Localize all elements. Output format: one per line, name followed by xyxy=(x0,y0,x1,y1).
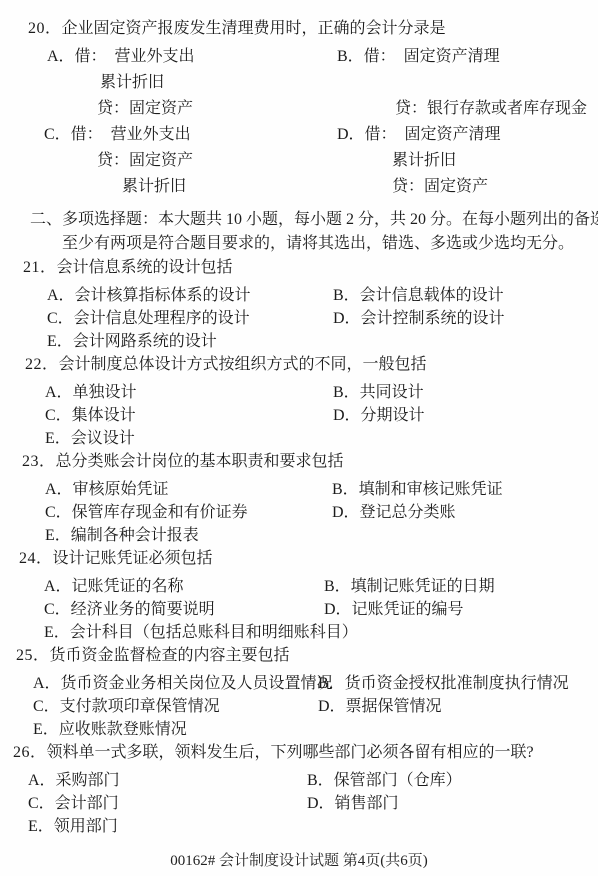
option-e: E．应收账款登账情况 xyxy=(33,718,318,741)
option-row: E．会计科目（包括总账科目和明细账科目） xyxy=(0,621,598,644)
question-number: 26． xyxy=(13,744,47,761)
question-21: 21．会计信息系统的设计包括 A．会计核算指标体系的设计B．会计信息载体的设计 … xyxy=(0,256,598,353)
option-a: A．货币资金业务相关岗位及人员设置情况 xyxy=(33,672,318,695)
question-text: 货币资金监督检查的内容主要包括 xyxy=(50,647,290,664)
option-row: E．会计网路系统的设计 xyxy=(0,330,598,353)
question-stem: 26．领料单一式多联，领料发生后，下列哪些部门必须各留有相应的一联? xyxy=(0,741,598,764)
journal-entry-line-b: B．借： 固定资产清理 xyxy=(337,44,500,70)
journal-entry-line-d: 贷：固定资产 xyxy=(392,174,488,200)
option-b: B．填制和审核记账凭证 xyxy=(332,478,503,501)
option-d: D．登记总分类账 xyxy=(332,501,456,524)
option-row: A．货币资金业务相关岗位及人员设置情况B．货币资金授权批准制度执行情况 xyxy=(0,672,598,695)
journal-row: A．借： 营业外支出 B．借： 固定资产清理 xyxy=(0,44,598,70)
option-row: C．集体设计D．分期设计 xyxy=(0,404,598,427)
journal-row: 贷：固定资产 贷：银行存款或者库存现金 xyxy=(0,96,598,122)
option-row: E．编制各种会计报表 xyxy=(0,524,598,547)
option-e: E．会计网路系统的设计 xyxy=(47,330,333,353)
question-22: 22．会计制度总体设计方式按组织方式的不同，一般包括 A．单独设计B．共同设计 … xyxy=(0,353,598,450)
question-text: 领料单一式多联，领料发生后，下列哪些部门必须各留有相应的一联? xyxy=(47,744,534,761)
option-d: D．记账凭证的编号 xyxy=(324,598,464,621)
journal-entry-line-b: 贷：银行存款或者库存现金 xyxy=(395,96,587,122)
option-c: C．经济业务的简要说明 xyxy=(44,598,324,621)
journal-entry-line-c: 贷：固定资产 xyxy=(97,148,193,174)
option-e: E．会计科目（包括总账科目和明细账科目） xyxy=(44,621,324,644)
question-text: 会计信息系统的设计包括 xyxy=(57,259,233,276)
option-row: E．会议设计 xyxy=(0,427,598,450)
question-number: 25． xyxy=(16,647,50,664)
option-c: C．支付款项印章保管情况 xyxy=(33,695,318,718)
question-25: 25．货币资金监督检查的内容主要包括 A．货币资金业务相关岗位及人员设置情况B．… xyxy=(0,644,598,741)
option-row: A．单独设计B．共同设计 xyxy=(0,381,598,404)
journal-entry-line-a: A．借： 营业外支出 xyxy=(47,44,195,70)
option-e: E．领用部门 xyxy=(28,815,307,838)
journal-row: C．借： 营业外支出 D．借： 固定资产清理 xyxy=(0,122,598,148)
question-number: 21． xyxy=(23,259,57,276)
journal-entry-line-d: 累计折旧 xyxy=(392,148,456,174)
option-row: A．会计核算指标体系的设计B．会计信息载体的设计 xyxy=(0,284,598,307)
question-number: 22． xyxy=(25,356,59,373)
question-stem: 23．总分类账会计岗位的基本职责和要求包括 xyxy=(0,450,598,473)
question-24: 24．设计记账凭证必须包括 A．记账凭证的名称B．填制记账凭证的日期 C．经济业… xyxy=(0,547,598,644)
section-header-line-2: 至少有两项是符合题目要求的，请将其选出，错选、多选或少选均无分。 xyxy=(0,232,598,256)
option-b: B．共同设计 xyxy=(333,381,424,404)
question-number: 24． xyxy=(19,550,53,567)
option-b: B．填制记账凭证的日期 xyxy=(324,575,495,598)
exam-page: 20．企业固定资产报废发生清理费用时，正确的会计分录是 A．借： 营业外支出 B… xyxy=(0,0,598,876)
option-e: E．会议设计 xyxy=(45,427,333,450)
option-a: A．会计核算指标体系的设计 xyxy=(47,284,333,307)
journal-entry-line-d: D．借： 固定资产清理 xyxy=(337,122,501,148)
question-number: 20． xyxy=(28,20,62,37)
journal-row: 贷：固定资产 累计折旧 xyxy=(0,148,598,174)
option-row: A．记账凭证的名称B．填制记账凭证的日期 xyxy=(0,575,598,598)
question-text: 企业固定资产报废发生清理费用时，正确的会计分录是 xyxy=(62,20,446,37)
journal-entry-line-c: C．借： 营业外支出 xyxy=(44,122,191,148)
option-row: E．应收账款登账情况 xyxy=(0,718,598,741)
question-20: 20．企业固定资产报废发生清理费用时，正确的会计分录是 A．借： 营业外支出 B… xyxy=(0,16,598,200)
option-c: C．会计信息处理程序的设计 xyxy=(47,307,333,330)
question-23: 23．总分类账会计岗位的基本职责和要求包括 A．审核原始凭证B．填制和审核记账凭… xyxy=(0,450,598,547)
section-header-line-1: 二、多项选择题：本大题共 10 小题，每小题 2 分，共 20 分。在每小题列出… xyxy=(0,208,598,232)
journal-entry-line-c: 累计折旧 xyxy=(122,174,186,200)
journal-entry-line-a: 贷：固定资产 xyxy=(97,96,193,122)
option-d: D．会计控制系统的设计 xyxy=(333,307,505,330)
option-e: E．编制各种会计报表 xyxy=(45,524,332,547)
question-number: 23． xyxy=(22,453,56,470)
journal-entry-line-a: 累计折旧 xyxy=(100,70,164,96)
question-26: 26．领料单一式多联，领料发生后，下列哪些部门必须各留有相应的一联? A．采购部… xyxy=(0,741,598,838)
option-a: A．单独设计 xyxy=(45,381,333,404)
option-row: E．领用部门 xyxy=(0,815,598,838)
question-stem: 24．设计记账凭证必须包括 xyxy=(0,547,598,570)
option-d: D．票据保管情况 xyxy=(318,695,442,718)
option-a: A．审核原始凭证 xyxy=(45,478,332,501)
option-b: B．会计信息载体的设计 xyxy=(333,284,504,307)
question-stem: 21．会计信息系统的设计包括 xyxy=(0,256,598,279)
question-stem: 25．货币资金监督检查的内容主要包括 xyxy=(0,644,598,667)
question-stem: 20．企业固定资产报废发生清理费用时，正确的会计分录是 xyxy=(0,16,598,42)
section-2-header: 二、多项选择题：本大题共 10 小题，每小题 2 分，共 20 分。在每小题列出… xyxy=(0,208,598,256)
option-row: C．支付款项印章保管情况D．票据保管情况 xyxy=(0,695,598,718)
option-c: C．保管库存现金和有价证券 xyxy=(45,501,332,524)
option-row: A．采购部门B．保管部门（仓库） xyxy=(0,769,598,792)
question-text: 会计制度总体设计方式按组织方式的不同，一般包括 xyxy=(59,356,427,373)
journal-row: 累计折旧 贷：固定资产 xyxy=(0,174,598,200)
question-text: 设计记账凭证必须包括 xyxy=(53,550,213,567)
question-text: 总分类账会计岗位的基本职责和要求包括 xyxy=(56,453,344,470)
option-b: B．货币资金授权批准制度执行情况 xyxy=(318,672,569,695)
option-c: C．会计部门 xyxy=(28,792,307,815)
option-d: D．分期设计 xyxy=(333,404,425,427)
option-d: D．销售部门 xyxy=(307,792,399,815)
option-a: A．记账凭证的名称 xyxy=(44,575,324,598)
question-stem: 22．会计制度总体设计方式按组织方式的不同，一般包括 xyxy=(0,353,598,376)
option-row: C．会计信息处理程序的设计D．会计控制系统的设计 xyxy=(0,307,598,330)
option-row: C．经济业务的简要说明D．记账凭证的编号 xyxy=(0,598,598,621)
option-c: C．集体设计 xyxy=(45,404,333,427)
option-row: C．会计部门D．销售部门 xyxy=(0,792,598,815)
option-row: A．审核原始凭证B．填制和审核记账凭证 xyxy=(0,478,598,501)
option-a: A．采购部门 xyxy=(28,769,307,792)
journal-row: 累计折旧 xyxy=(0,70,598,96)
page-footer: 00162# 会计制度设计试题 第4页(共6页) xyxy=(0,850,598,873)
option-row: C．保管库存现金和有价证券D．登记总分类账 xyxy=(0,501,598,524)
option-b: B．保管部门（仓库） xyxy=(307,769,462,792)
